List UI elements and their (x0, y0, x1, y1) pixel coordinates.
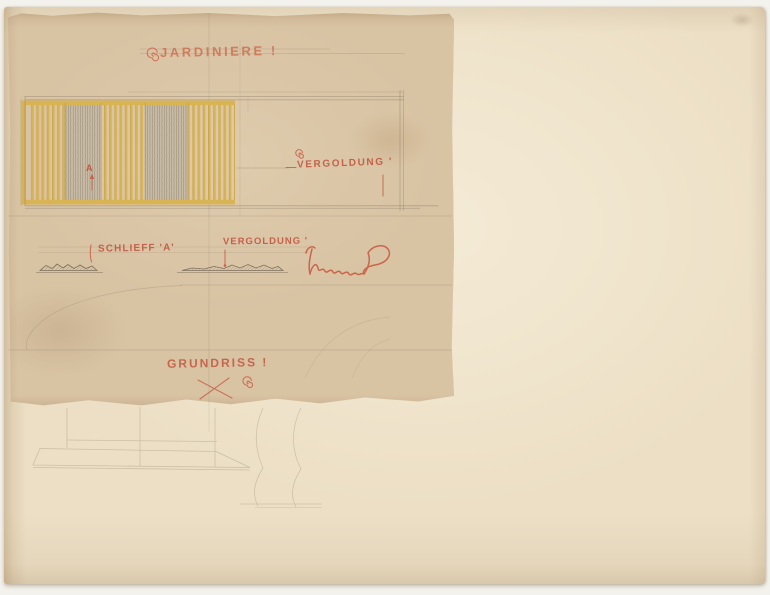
table-sketch (33, 407, 250, 470)
curved-leg-sketch (240, 408, 322, 508)
red-signature-scrawl (306, 246, 389, 275)
spiral-flourish-icon (147, 48, 158, 61)
profile-gilding-label: VERGOLDUNG ' (223, 236, 308, 248)
gold-top-rail (26, 101, 235, 106)
profile-section-a (36, 264, 103, 273)
profile-section-gilded (177, 265, 288, 273)
red-x-mark (198, 378, 232, 399)
gold-slats-3 (188, 105, 235, 200)
cut-leader-line (90, 245, 91, 262)
spiral-flourish-icon (296, 150, 304, 159)
title-annotation: JARDINIERE ! (160, 43, 278, 60)
detail-marker-a: A (86, 163, 93, 173)
cut-label: SCHLIEFF 'A' (98, 242, 175, 254)
plan-label: GRUNDRISS ! (167, 355, 269, 371)
gold-slats-1 (29, 105, 65, 200)
gold-slats-2 (101, 105, 145, 200)
scan-background: JARDINIERE ! VERGOLDUNG ' SCHLIEFF 'A' V… (0, 0, 770, 595)
elevation-drawing (21, 90, 438, 211)
gold-bottom-rail (26, 200, 235, 205)
pencil-and-ink-drawing (0, 0, 770, 595)
spiral-flourish-icon (243, 377, 253, 388)
